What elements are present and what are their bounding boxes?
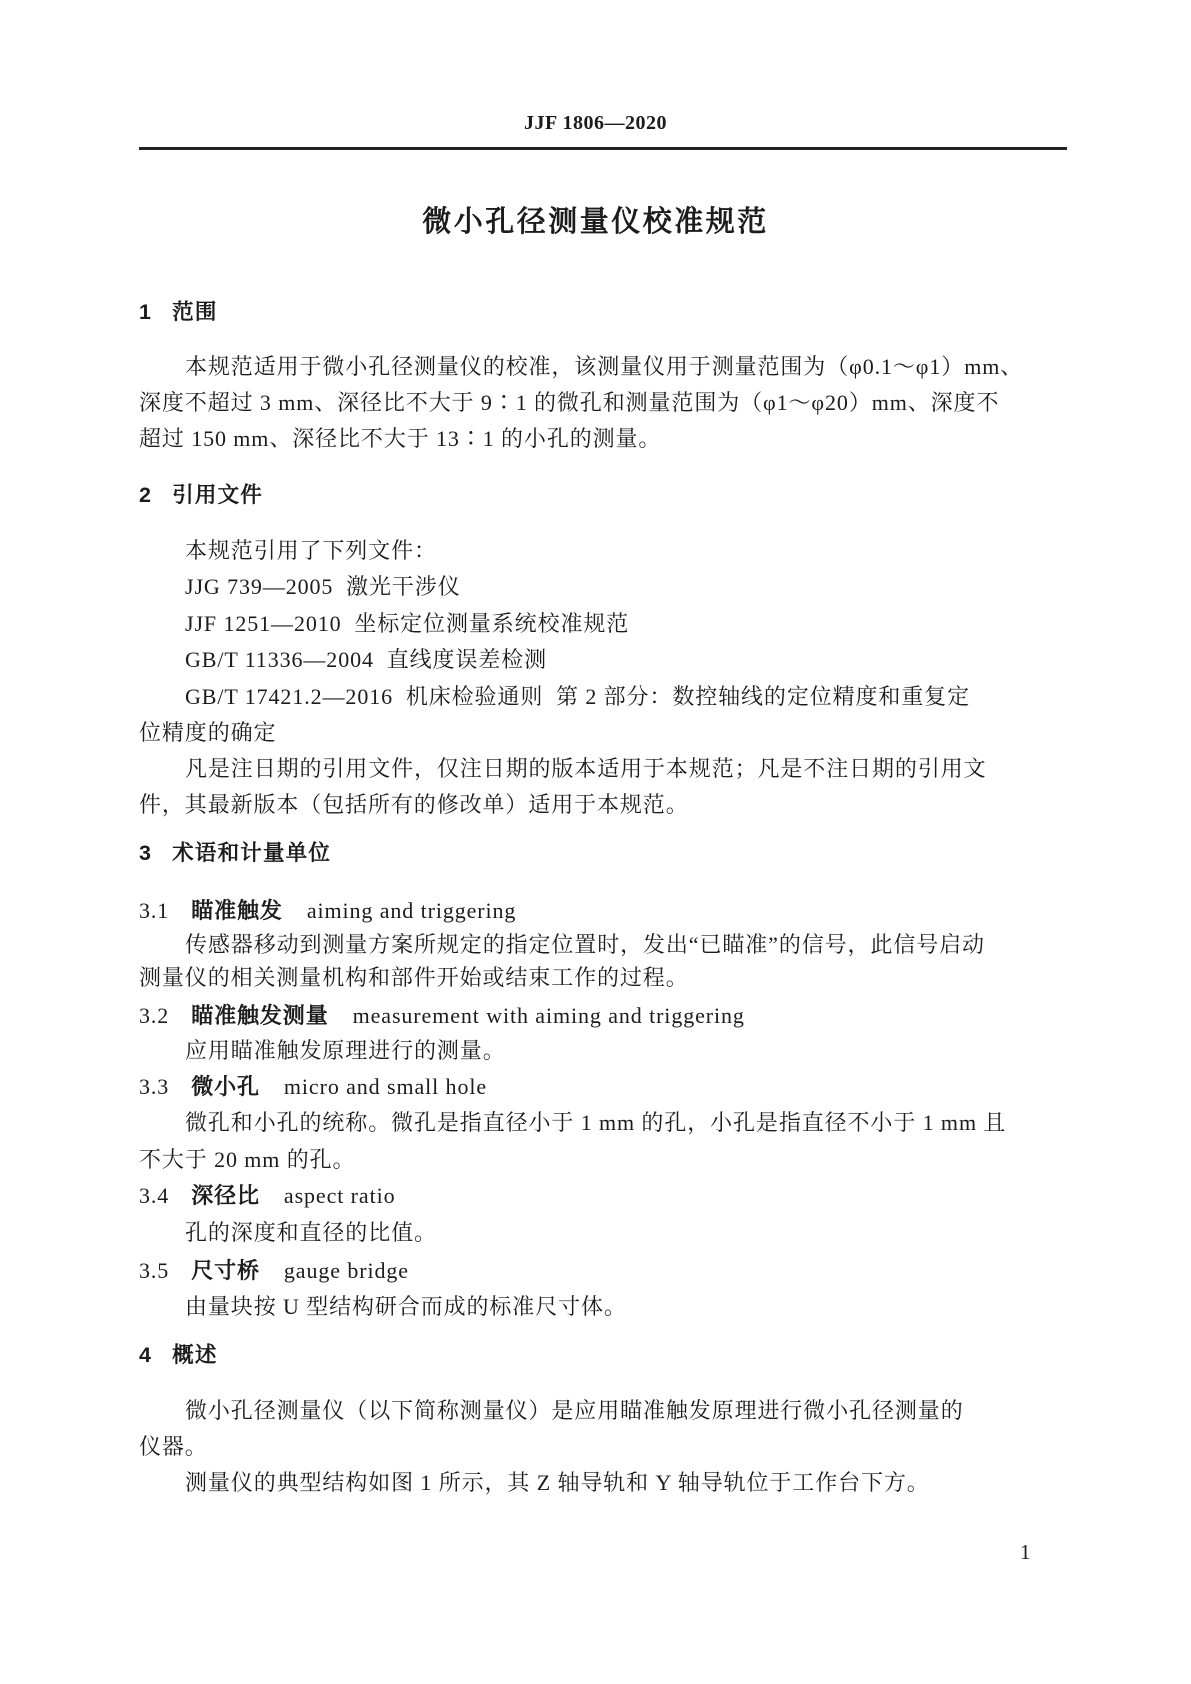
definition-line: 由量块按 U 型结构研合而成的标准尺寸体。 [185,1292,627,1322]
term-en: measurement with aiming and triggering [353,1003,745,1028]
section-title: 概述 [172,1343,217,1367]
definition-line: 不大于 20 mm 的孔。 [139,1145,355,1175]
term-number: 3.3 [139,1074,169,1099]
body-line: 凡是注日期的引用文件，仅注日期的版本适用于本规范；凡是不注日期的引用文 [185,754,987,784]
document-page: JJF 1806—2020 微小孔径测量仪校准规范 1范围 本规范适用于微小孔径… [0,0,1191,1684]
section-number: 1 [139,300,152,324]
body-line: 深度不超过 3 mm、深径比不大于 9∶1 的微孔和测量范围为（φ1～φ20）m… [139,388,999,418]
term-heading-3-2: 3.2瞄准触发测量measurement with aiming and tri… [139,1001,745,1031]
reference-line: GB/T 17421.2—2016 机床检验通则 第 2 部分：数控轴线的定位精… [185,682,970,712]
term-zh: 尺寸桥 [191,1258,260,1283]
term-en: aspect ratio [284,1183,396,1208]
section-number: 4 [139,1343,152,1367]
definition-line: 传感器移动到测量方案所规定的指定位置时，发出“已瞄准”的信号，此信号启动 [185,930,985,960]
section-2-heading: 2引用文件 [139,480,263,510]
section-4-heading: 4概述 [139,1340,218,1370]
section-1-heading: 1范围 [139,297,218,327]
term-number: 3.2 [139,1003,169,1028]
term-zh: 深径比 [191,1183,260,1208]
body-line: 微小孔径测量仪（以下简称测量仪）是应用瞄准触发原理进行微小孔径测量的 [185,1396,964,1426]
term-en: micro and small hole [284,1074,487,1099]
term-number: 3.4 [139,1183,169,1208]
body-line: 仪器。 [139,1432,208,1462]
running-header-doc-code: JJF 1806—2020 [0,112,1191,135]
page-number: 1 [1020,1540,1031,1565]
reference-line: 位精度的确定 [139,718,276,748]
section-number: 3 [139,841,152,865]
reference-line: JJF 1251—2010 坐标定位测量系统校准规范 [185,609,629,639]
section-number: 2 [139,483,152,507]
section-3-heading: 3术语和计量单位 [139,838,331,868]
term-heading-3-3: 3.3微小孔micro and small hole [139,1072,487,1102]
definition-line: 测量仪的相关测量机构和部件开始或结束工作的过程。 [139,963,689,993]
document-title: 微小孔径测量仪校准规范 [0,199,1191,240]
body-line: 测量仪的典型结构如图 1 所示，其 Z 轴导轨和 Y 轴导轨位于工作台下方。 [185,1468,930,1498]
body-line: 超过 150 mm、深径比不大于 13∶1 的小孔的测量。 [139,424,661,454]
body-line: 本规范适用于微小孔径测量仪的校准，该测量仪用于测量范围为（φ0.1～φ1）mm、 [185,352,1023,382]
term-en: aiming and triggering [307,898,517,923]
term-zh: 微小孔 [191,1074,260,1099]
section-title: 术语和计量单位 [172,841,331,865]
definition-line: 微孔和小孔的统称。微孔是指直径小于 1 mm 的孔，小孔是指直径不小于 1 mm… [185,1108,1006,1138]
definition-line: 应用瞄准触发原理进行的测量。 [185,1036,506,1066]
term-number: 3.1 [139,898,169,923]
term-number: 3.5 [139,1258,169,1283]
term-zh: 瞄准触发 [191,898,283,923]
section-title: 范围 [172,300,217,324]
reference-line: GB/T 11336—2004 直线度误差检测 [185,645,547,675]
term-heading-3-4: 3.4深径比aspect ratio [139,1181,396,1211]
term-en: gauge bridge [284,1258,409,1283]
term-heading-3-1: 3.1瞄准触发aiming and triggering [139,896,516,926]
term-heading-3-5: 3.5尺寸桥gauge bridge [139,1256,409,1286]
reference-line: JJG 739—2005 激光干涉仪 [185,572,461,602]
body-line: 件，其最新版本（包括所有的修改单）适用于本规范。 [139,790,689,820]
header-rule [139,147,1067,150]
term-zh: 瞄准触发测量 [191,1003,328,1028]
definition-line: 孔的深度和直径的比值。 [185,1218,437,1248]
body-line: 本规范引用了下列文件： [185,536,437,566]
section-title: 引用文件 [172,483,263,507]
